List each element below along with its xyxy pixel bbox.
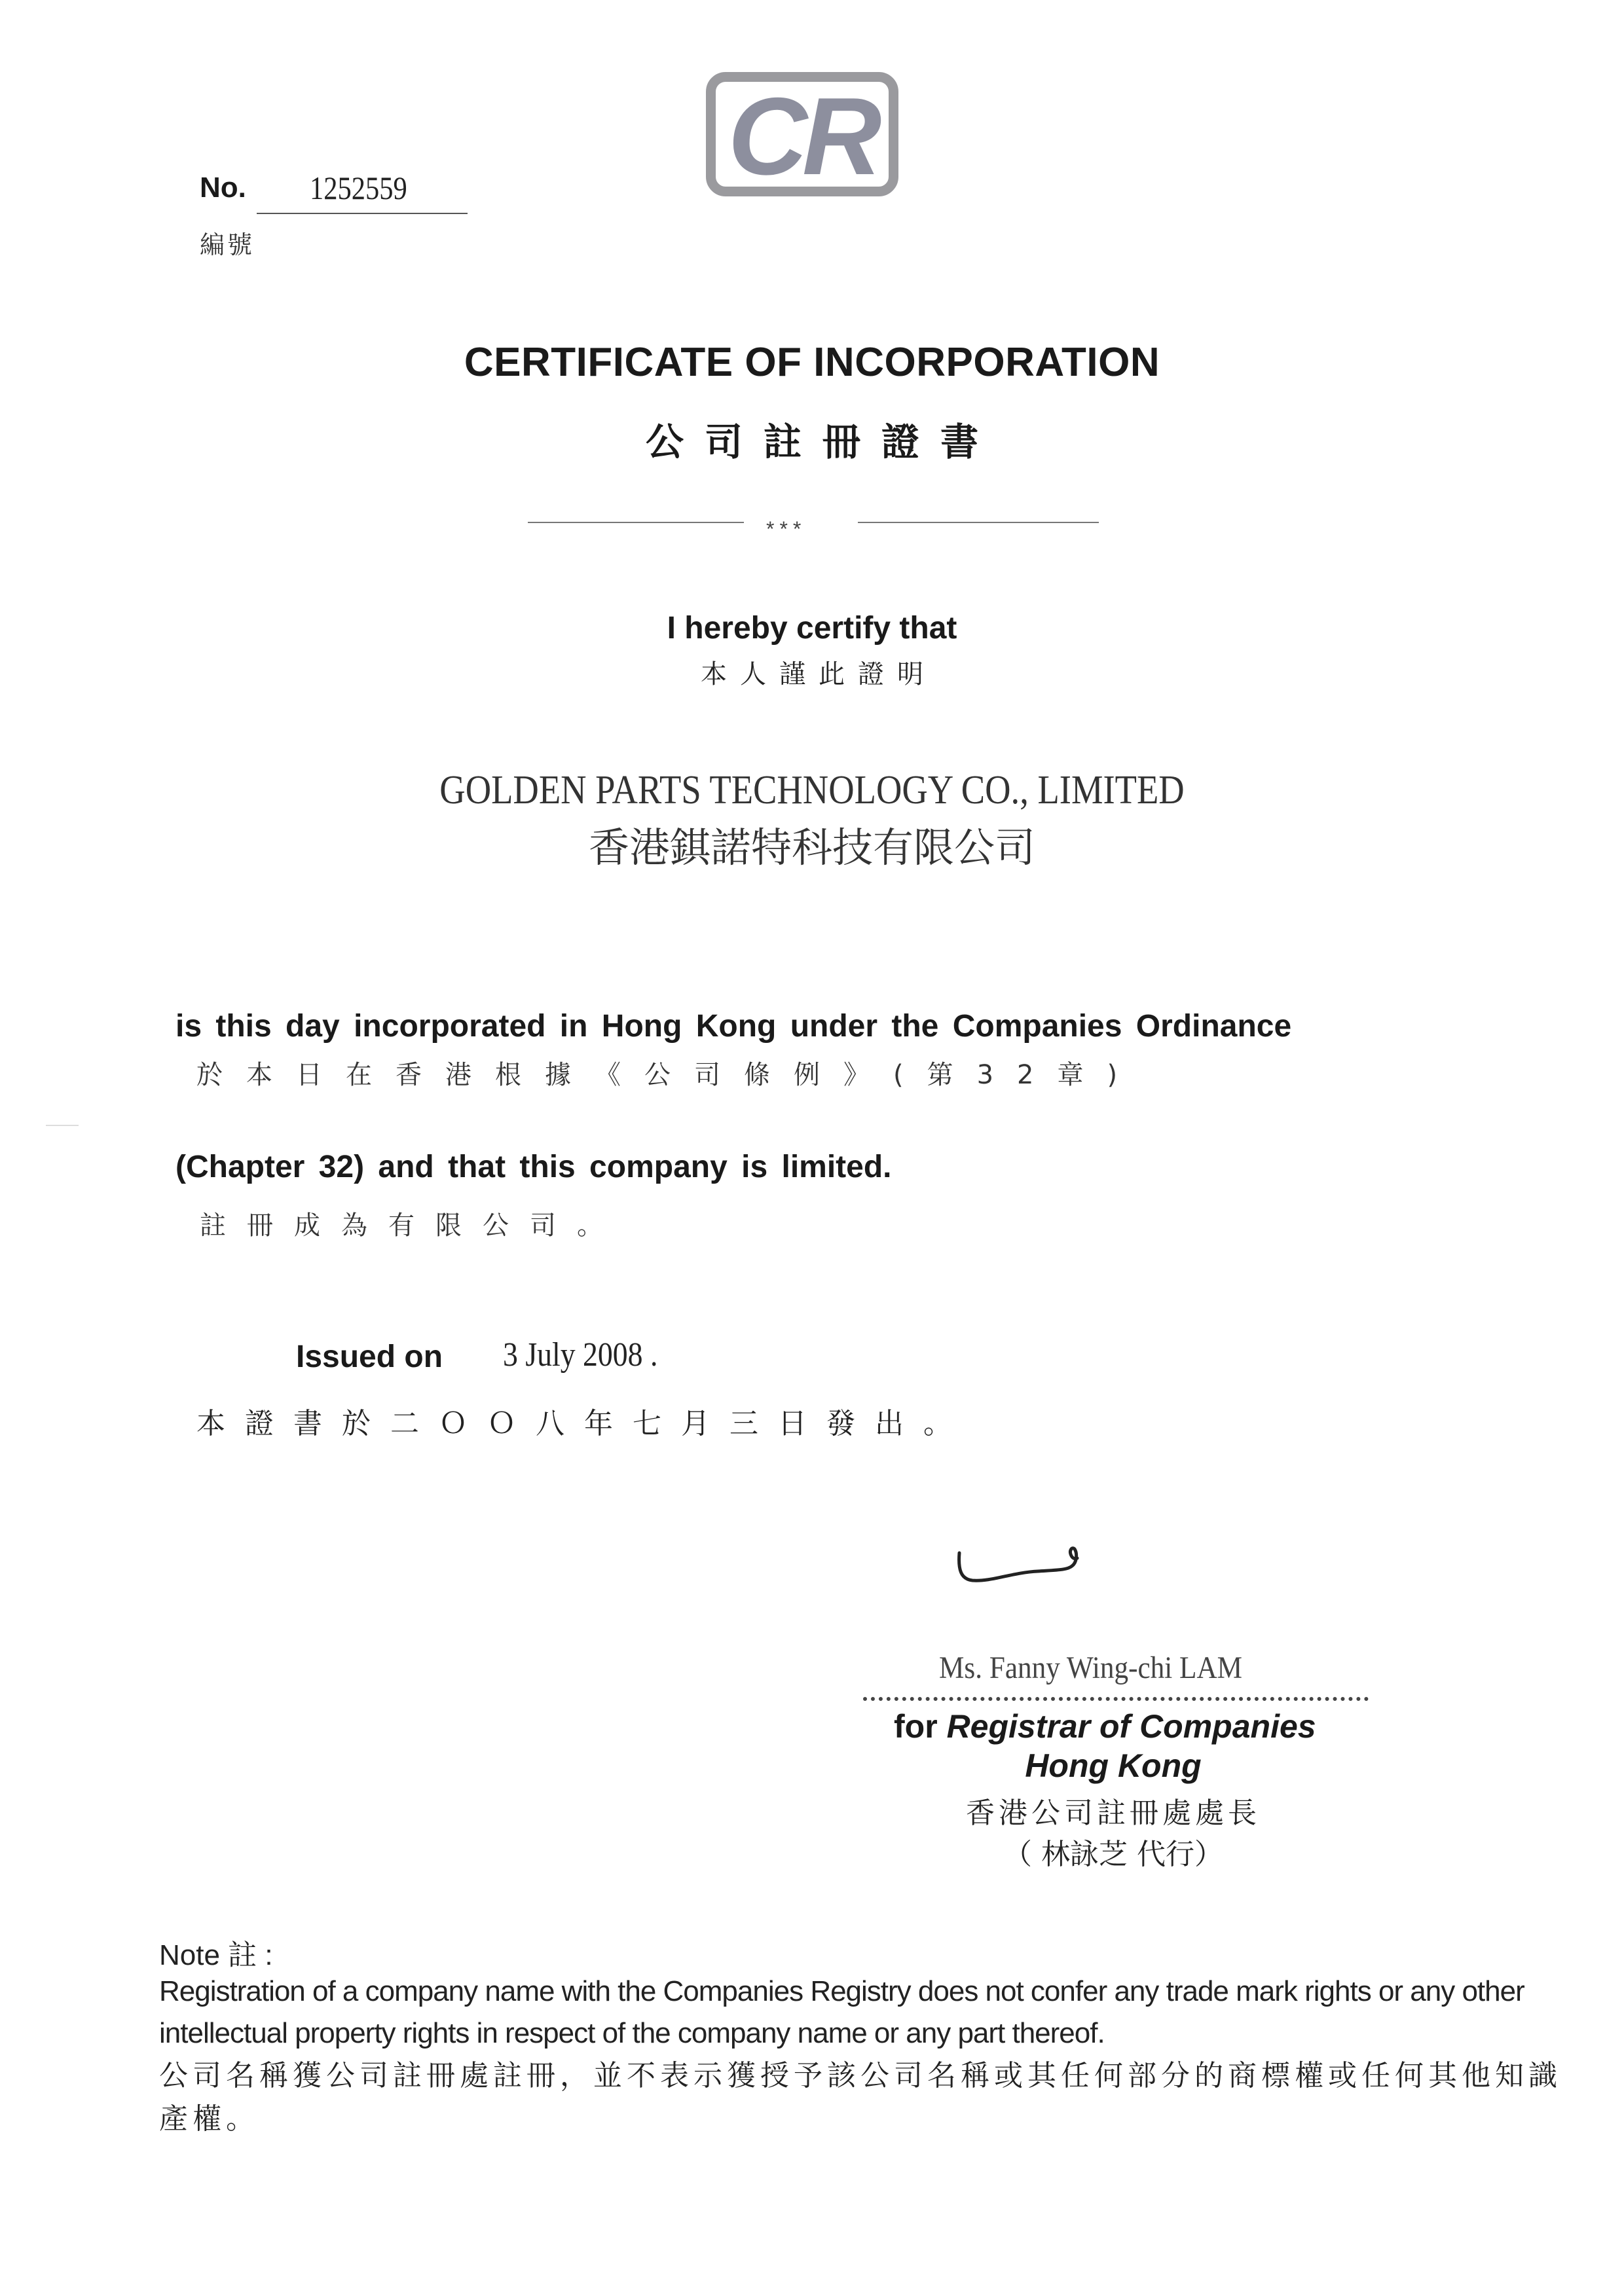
signatory-title: for Registrar of Companies (894, 1707, 1316, 1745)
note-label: Note 註 : (159, 1931, 273, 1973)
divider-line-left (528, 522, 744, 523)
certify-statement: I hereby certify that (0, 610, 1624, 646)
scan-artifact (46, 1125, 79, 1126)
certificate-number-value: 1252559 (310, 169, 407, 207)
signatory-for-prefix: for (894, 1708, 938, 1745)
issued-on-label: Issued on (296, 1339, 443, 1375)
certify-statement-chinese: 本人謹此證明 (0, 653, 1624, 691)
cr-logo-icon: CR (716, 87, 889, 185)
document-title: CERTIFICATE OF INCORPORATION (0, 339, 1624, 386)
note-text: Registration of a company name with the … (159, 1971, 1574, 2054)
incorporation-statement-line1-chinese: 於本日在香港根據《公司條例》(第32章) (196, 1054, 1141, 1091)
certificate-number-underline (257, 213, 468, 214)
divider-line-right (858, 522, 1099, 523)
issued-date-chinese: 本證書於二ＯＯ八年七月三日發出。 (196, 1400, 972, 1442)
signature-dotted-line (863, 1697, 1369, 1701)
signatory-name: Ms. Fanny Wing-chi LAM (939, 1650, 1242, 1686)
company-name-chinese: 香港錤諾特科技有限公司 (0, 815, 1624, 873)
signature-icon (953, 1540, 1110, 1592)
signatory-role: Registrar of Companies (947, 1708, 1316, 1745)
companies-registry-logo: CR (706, 72, 898, 196)
signatory-title-chinese: 香港公司註冊處處長 (851, 1789, 1375, 1831)
note-text-chinese: 公司名稱獲公司註冊處註冊，並不表示獲授予該公司名稱或其任何部分的商標權或任何其他… (159, 2054, 1567, 2141)
document-title-chinese: 公司註冊證書 (0, 411, 1624, 466)
divider-stars: *** (766, 517, 806, 541)
signatory-location: Hong Kong (851, 1747, 1375, 1785)
company-name: GOLDEN PARTS TECHNOLOGY CO., LIMITED (98, 767, 1526, 814)
issued-date: 3 July 2008 . (503, 1336, 657, 1374)
incorporation-statement-line1: is this day incorporated in Hong Kong un… (175, 1008, 1291, 1044)
certificate-number-label-chinese: 編號 (200, 225, 255, 261)
certificate-number-label: No. (200, 172, 246, 204)
incorporation-statement-line2-chinese: 註冊成為有限公司。 (200, 1205, 624, 1242)
incorporation-statement-line2: (Chapter 32) and that this company is li… (175, 1149, 892, 1185)
signatory-name-chinese: （ 林詠芝 代行） (851, 1831, 1375, 1872)
